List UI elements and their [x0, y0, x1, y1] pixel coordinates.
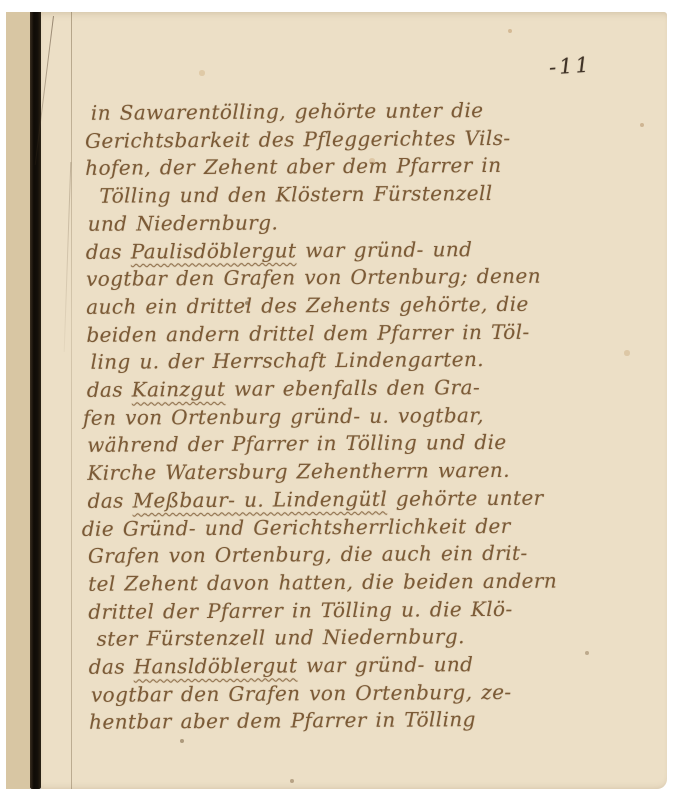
- manuscript-line: das Hansldöblergut war gründ- und: [89, 650, 609, 681]
- line-text: das: [87, 378, 132, 402]
- line-text: das: [89, 655, 134, 679]
- line-text: und Niedernburg.: [88, 210, 279, 235]
- manuscript-line: das Kainzgut war ebenfalls den Gra-: [87, 373, 607, 404]
- line-text: war gründ- und: [297, 652, 473, 677]
- manuscript-line: ling u. der Herrschaft Lindengarten.: [91, 346, 607, 377]
- underlined-text: Meßbaur- u. Lindengütl: [132, 487, 387, 513]
- line-text: Tölling und den Klöstern Fürstenzell: [99, 181, 492, 208]
- underlined-text: Hansldöblergut: [134, 653, 298, 678]
- manuscript-line: beiden andern drittel dem Pfarrer in Töl…: [86, 318, 606, 349]
- line-text: Grafen von Ortenburg, die auch ein drit-: [88, 541, 528, 568]
- line-text: Kirche Watersburg Zehentherrn waren.: [87, 458, 510, 485]
- book-cover-edge: [6, 12, 30, 789]
- manuscript-line: Kirche Watersburg Zehentherrn waren.: [87, 456, 607, 487]
- line-text: beiden andern drittel dem Pfarrer in Töl…: [86, 319, 529, 346]
- line-text: in Sawarentölling, gehörte unter die: [91, 98, 484, 125]
- line-text: vogtbar den Grafen von Ortenburg, ze-: [91, 680, 512, 707]
- manuscript-line: vogtbar den Grafen von Ortenburg; denen: [86, 262, 606, 293]
- manuscript-line: auch ein drittel des Zehents gehörte, di…: [86, 290, 606, 321]
- line-text: die Gründ- und Gerichtsherrlichkeit der: [82, 513, 511, 540]
- line-text: während der Pfarrer in Tölling und die: [87, 430, 507, 457]
- manuscript-line: während der Pfarrer in Tölling und die: [87, 429, 607, 460]
- manuscript-line: vogtbar den Grafen von Ortenburg, ze-: [91, 678, 609, 709]
- manuscript-line: hofen, der Zehent aber dem Pfarrer in: [85, 152, 605, 183]
- manuscript-line: das Meßbaur- u. Lindengütl gehörte unter: [87, 484, 607, 515]
- line-text: gehörte unter: [387, 485, 544, 510]
- manuscript-line: in Sawarentölling, gehörte unter die: [91, 96, 605, 127]
- line-text: auch ein drittel des Zehents gehörte, di…: [86, 292, 529, 319]
- manuscript-line: die Gründ- und Gerichtsherrlichkeit der: [82, 512, 608, 543]
- line-text: fen von Ortenburg gründ- u. vogtbar,: [83, 403, 484, 430]
- line-text: hentbar aber dem Pfarrer in Tölling: [89, 708, 476, 735]
- underlined-text: Paulisdöblergut: [131, 238, 297, 263]
- manuscript-line: und Niedernburg.: [88, 207, 606, 238]
- line-text: hofen, der Zehent aber dem Pfarrer in: [85, 153, 501, 180]
- line-text: Gerichtsbarkeit des Pfleggerichtes Vils-: [85, 126, 511, 153]
- handwritten-text-block: in Sawarentölling, gehörte unter die Ger…: [85, 96, 609, 737]
- manuscript-line: ster Fürstenzell und Niedernburg.: [96, 623, 608, 654]
- manuscript-line: hentbar aber dem Pfarrer in Tölling: [89, 706, 609, 737]
- scanned-manuscript-photo: -11 in Sawarentölling, gehörte unter die…: [0, 0, 681, 800]
- manuscript-line: Grafen von Ortenburg, die auch ein drit-: [88, 539, 608, 570]
- page-fold-crease: [71, 12, 72, 789]
- page-number: -11: [548, 53, 592, 80]
- manuscript-line: fen von Ortenburg gründ- u. vogtbar,: [83, 401, 607, 432]
- line-text: ster Fürstenzell und Niedernburg.: [96, 625, 464, 652]
- manuscript-line: Tölling und den Klöstern Fürstenzell: [99, 179, 605, 210]
- manuscript-line: Gerichtsbarkeit des Pfleggerichtes Vils-: [85, 124, 605, 155]
- manuscript-page: -11 in Sawarentölling, gehörte unter die…: [41, 12, 667, 789]
- line-text: das: [87, 488, 132, 512]
- line-text: das: [86, 239, 131, 263]
- line-text: vogtbar den Grafen von Ortenburg; denen: [86, 264, 541, 291]
- manuscript-line: tel Zehent davon hatten, die beiden ande…: [88, 567, 608, 598]
- line-text: tel Zehent davon hatten, die beiden ande…: [88, 568, 557, 595]
- book-scan: -11 in Sawarentölling, gehörte unter die…: [6, 12, 667, 789]
- line-text: ling u. der Herrschaft Lindengarten.: [91, 347, 484, 374]
- line-text: war gründ- und: [296, 237, 472, 262]
- line-text: war ebenfalls den Gra-: [225, 375, 480, 401]
- manuscript-line: das Paulisdöblergut war gründ- und: [86, 235, 606, 266]
- foxing-spots: [41, 12, 43, 14]
- line-text: drittel der Pfarrer in Tölling u. die Kl…: [88, 597, 512, 624]
- manuscript-line: drittel der Pfarrer in Tölling u. die Kl…: [88, 595, 608, 626]
- underlined-text: Kainzgut: [132, 377, 226, 402]
